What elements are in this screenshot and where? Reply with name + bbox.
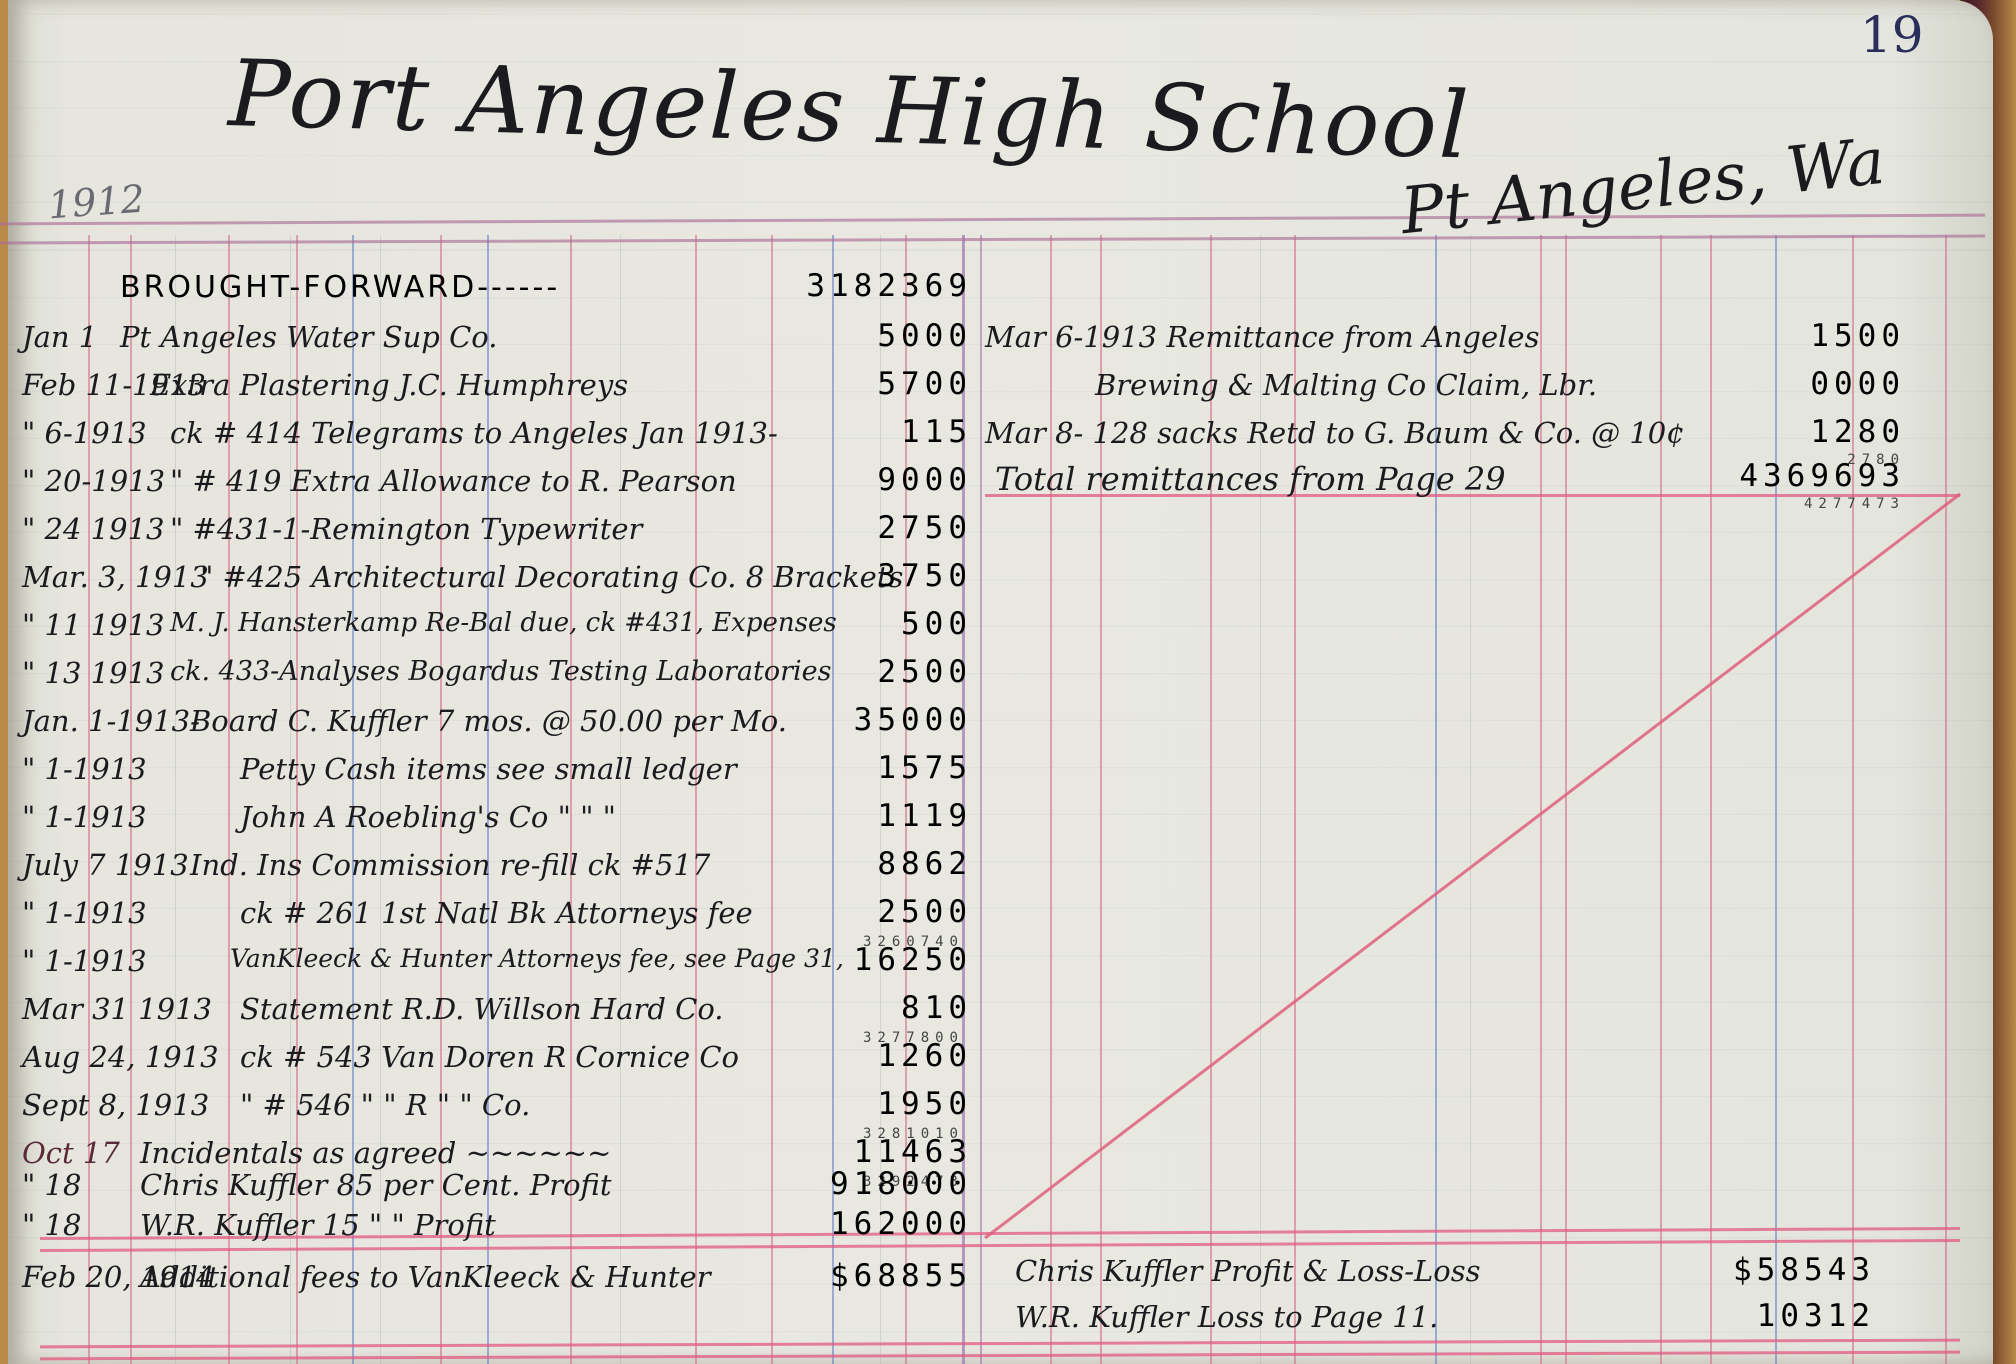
credit-row: Brewing & Malting Co Claim, Lbr. 0000	[985, 364, 1905, 410]
entry-date: July 7 1913	[22, 848, 189, 882]
entry-description: W.R. Kuffler 15 " " Profit	[140, 1208, 496, 1242]
page-number: 19	[1860, 6, 1924, 64]
entry-amount: 16250	[854, 942, 972, 978]
entry-date: " 1-1913	[22, 800, 147, 834]
entry-amount: 4369693	[1739, 458, 1905, 494]
brought-forward-row: BROUGHT-FORWARD------ 3182369	[0, 266, 1000, 312]
entry-date: " 1-1913	[22, 896, 147, 930]
year-note: 1912	[47, 177, 147, 228]
ledger-row: Mar 31 1913 Statement R.D. Willson Hard …	[0, 988, 1000, 1034]
credit-row: Mar 6-1913 Remittance from Angeles 1500	[985, 316, 1905, 362]
entry-description: Statement R.D. Willson Hard Co.	[240, 992, 723, 1026]
entry-description: ck # 414 Telegrams to Angeles Jan 1913-	[170, 416, 778, 450]
ledger-row: Jan. 1-1913- Board C. Kuffler 7 mos. @ 5…	[0, 700, 1000, 746]
ledger-row: Mar. 3, 1913 " #425 Architectural Decora…	[0, 556, 1000, 602]
entry-amount: 1119	[877, 798, 972, 834]
entry-date: Mar 6-1913	[985, 320, 1157, 354]
ledger-row: " 1-1913 John A Roebling's Co " " " 1119	[0, 796, 1000, 842]
brought-forward-amount: 3182369	[806, 268, 972, 304]
entry-description: Petty Cash items see small ledger	[240, 752, 737, 786]
entry-description: Mar 8- 128 sacks Retd to G. Baum & Co. @…	[985, 416, 1685, 450]
entry-description: VanKleeck & Hunter Attorneys fee, see Pa…	[230, 944, 844, 973]
ledger-row: Feb 11-1913 Extra Plastering J.C. Humphr…	[0, 364, 1000, 410]
entry-amount: 810	[901, 990, 972, 1026]
entry-amount: 115	[901, 414, 972, 450]
entry-amount: 1950	[877, 1086, 972, 1122]
ledger-row: Jan 1 Pt Angeles Water Sup Co. 5000	[0, 316, 1000, 362]
entry-amount: 5700	[877, 366, 972, 402]
entry-date: Sept 8, 1913	[22, 1088, 209, 1122]
brought-forward-label: BROUGHT-FORWARD------	[120, 270, 560, 305]
entry-amount: 2500	[877, 894, 972, 930]
entry-description: " # 546 " " R " " Co.	[240, 1088, 530, 1122]
entry-date: " 11 1913	[22, 608, 164, 642]
ledger-row: " 20-1913 " # 419 Extra Allowance to R. …	[0, 460, 1000, 506]
entry-date: Mar 31 1913	[22, 992, 212, 1026]
ledger-row: Aug 24, 1913 ck # 543 Van Doren R Cornic…	[0, 1036, 1000, 1082]
entry-date: " 1-1913	[22, 752, 147, 786]
ledger-row: " 6-1913 ck # 414 Telegrams to Angeles J…	[0, 412, 1000, 458]
entry-amount: 1575	[877, 750, 972, 786]
entry-description: " # 419 Extra Allowance to R. Pearson	[170, 464, 737, 498]
entry-description: Brewing & Malting Co Claim, Lbr.	[1095, 368, 1597, 402]
ledger-row: " 1-1913 Petty Cash items see small ledg…	[0, 748, 1000, 794]
ledger-row: " 1-1913 ck # 261 1st Natl Bk Attorneys …	[0, 892, 1000, 938]
ledger-row: " 13 1913 ck. 433-Analyses Bogardus Test…	[0, 652, 1000, 698]
entry-description: Chris Kuffler Profit & Loss-Loss	[1015, 1254, 1481, 1288]
entry-date: " 1-1913	[22, 944, 147, 978]
entry-description: Ind. Ins Commission re-fill ck #517	[190, 848, 710, 882]
ledger-row: Sept 8, 1913 " # 546 " " R " " Co. 1950 …	[0, 1084, 1000, 1130]
entry-date: " 20-1913	[22, 464, 165, 498]
credit-row-after-rule: Chris Kuffler Profit & Loss-Loss $58543	[985, 1250, 1905, 1296]
entry-date: Jan. 1-1913-	[22, 704, 200, 738]
entry-amount: 162000	[830, 1206, 972, 1242]
ledger-row: " 11 1913 M. J. Hansterkamp Re-Bal due, …	[0, 604, 1000, 650]
entry-description: " #431-1-Remington Typewriter	[170, 512, 642, 546]
entry-amount: 1500	[1810, 318, 1905, 354]
entry-date: " 6-1913	[22, 416, 147, 450]
entry-date: " 24 1913	[22, 512, 164, 546]
column-rule	[1945, 235, 1947, 1364]
entry-amount: 8862	[877, 846, 972, 882]
entry-description: John A Roebling's Co " " "	[240, 800, 616, 834]
entry-amount: 35000	[854, 702, 972, 738]
entry-amount: 918000	[830, 1166, 972, 1202]
entry-date: Mar 8-	[985, 416, 1083, 450]
entry-description: Additional fees to VanKleeck & Hunter	[140, 1260, 711, 1294]
credit-row-after-rule: W.R. Kuffler Loss to Page 11. 10312	[985, 1296, 1905, 1342]
entry-amount: 2500	[877, 654, 972, 690]
entry-date: " 13 1913	[22, 656, 164, 690]
credit-total-row: Total remittances from Page 29 4369693 4…	[985, 456, 1905, 502]
entry-amount: 10312	[1757, 1298, 1875, 1334]
entry-amount: 500	[901, 606, 972, 642]
entry-description: Board C. Kuffler 7 mos. @ 50.00 per Mo.	[190, 704, 787, 738]
entry-date: " 18	[22, 1208, 81, 1242]
entry-description: ck. 433-Analyses Bogardus Testing Labora…	[170, 656, 832, 687]
entry-description: Pt Angeles Water Sup Co.	[120, 320, 497, 354]
ledger-row: " 1-1913 VanKleeck & Hunter Attorneys fe…	[0, 940, 1000, 986]
entry-amount: 5000	[877, 318, 972, 354]
ledger-row: " 24 1913 " #431-1-Remington Typewriter …	[0, 508, 1000, 554]
entry-description: Mar 6-1913 Remittance from Angeles	[985, 320, 1539, 354]
entry-amount: 2750	[877, 510, 972, 546]
entry-amount: 3750	[877, 558, 972, 594]
entry-description: ck # 543 Van Doren R Cornice Co	[240, 1040, 739, 1074]
entry-date: Aug 24, 1913	[22, 1040, 219, 1074]
entry-amount: 0000	[1810, 366, 1905, 402]
entry-amount: $58543	[1733, 1252, 1875, 1288]
entry-description: Extra Plastering J.C. Humphreys	[150, 368, 628, 402]
entry-amount: 1280	[1810, 414, 1905, 450]
credit-row: Mar 8- 128 sacks Retd to G. Baum & Co. @…	[985, 412, 1905, 458]
entry-description: ck # 261 1st Natl Bk Attorneys fee	[240, 896, 753, 930]
entry-description: Total remittances from Page 29	[995, 460, 1506, 498]
entry-description: Chris Kuffler 85 per Cent. Profit	[140, 1168, 612, 1202]
entry-description: M. J. Hansterkamp Re-Bal due, ck #431, E…	[170, 608, 837, 638]
entry-amount: $68855	[830, 1258, 972, 1294]
entry-amount: 1260	[877, 1038, 972, 1074]
running-subtotal: 4277473	[1804, 496, 1905, 512]
entry-date: Jan 1	[22, 320, 97, 354]
entry-description: W.R. Kuffler Loss to Page 11.	[1015, 1300, 1438, 1334]
ledger-row: July 7 1913 Ind. Ins Commission re-fill …	[0, 844, 1000, 890]
entry-description: " #425 Architectural Decorating Co. 8 Br…	[200, 560, 903, 594]
ledger-row-after-rule: Feb 20, 1914 Additional fees to VanKleec…	[0, 1256, 1000, 1302]
ledger-row: " 18 W.R. Kuffler 15 " " Profit 162000	[0, 1204, 1000, 1250]
entry-date: " 18	[22, 1168, 81, 1202]
entry-date: Mar. 3, 1913	[22, 560, 209, 594]
entry-amount: 9000	[877, 462, 972, 498]
